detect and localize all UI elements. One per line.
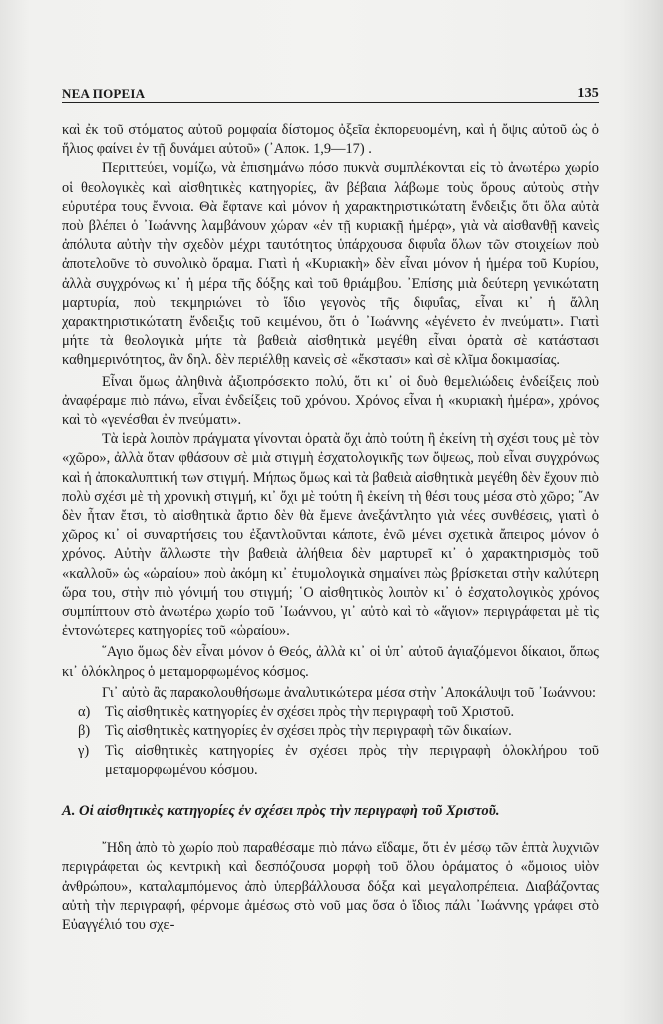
list-item-text: Τὶς αἰσθητικὲς κατηγορίες ἐν σχέσει πρὸς…	[105, 704, 514, 720]
body-text: καὶ ἐκ τοῦ στόματος αὐτοῦ ρομφαία δίστομ…	[62, 121, 599, 935]
list-item: β) Τὶς αἰσθητικὲς κατηγορίες ἐν σχέσει π…	[62, 722, 599, 741]
paragraph: Περιττεύει, νομίζω, νὰ ἐπισημάνω πόσο πυ…	[62, 159, 599, 370]
list-item-text: Τὶς αἰσθητικὲς κατηγορίες ἐν σχέσει πρὸς…	[105, 723, 512, 739]
section-heading: Α. Οἱ αἰσθητικὲς κατηγορίες ἐν σχέσει πρ…	[62, 802, 599, 821]
enumerated-list: α) Τὶς αἰσθητικὲς κατηγορίες ἐν σχέσει π…	[62, 703, 599, 780]
list-item: γ) Τὶς αἰσθητικὲς κατηγορίες ἐν σχέσει π…	[62, 742, 599, 780]
paragraph: Εἶναι ὅμως ἀληθινὰ ἀξιοπρόσεκτο πολύ, ὅτ…	[62, 373, 599, 431]
section-paragraph: ῎Ηδη ἀπὸ τὸ χωρίο ποὺ παραθέσαμε πιὸ πάν…	[62, 839, 599, 935]
running-head: ΝΕΑ ΠΟΡΕΙΑ 135	[62, 86, 599, 103]
list-marker: γ)	[78, 742, 89, 761]
paragraph: ῞Αγιο ὅμως δὲν εἶναι μόνον ὁ Θεός, ἀλλὰ …	[62, 643, 599, 681]
list-item-text: Τὶς αἰσθητικὲς κατηγορίες ἐν σχέσει πρὸς…	[105, 743, 599, 778]
page-number: 135	[577, 86, 599, 102]
quote-continuation-paragraph: καὶ ἐκ τοῦ στόματος αὐτοῦ ρομφαία δίστομ…	[62, 121, 599, 159]
scanned-page: ΝΕΑ ΠΟΡΕΙΑ 135 καὶ ἐκ τοῦ στόματος αὐτοῦ…	[0, 0, 663, 1024]
paragraph: Τὰ ἱερὰ λοιπὸν πράγματα γίνονται ὁρατὰ ὄ…	[62, 430, 599, 641]
list-marker: α)	[78, 703, 90, 722]
list-item: α) Τὶς αἰσθητικὲς κατηγορίες ἐν σχέσει π…	[62, 703, 599, 722]
journal-title: ΝΕΑ ΠΟΡΕΙΑ	[62, 86, 145, 102]
list-marker: β)	[78, 722, 90, 741]
paragraph: Γι᾿ αὐτὸ ἂς παρακολουθήσωμε ἀναλυτικώτερ…	[62, 684, 599, 703]
